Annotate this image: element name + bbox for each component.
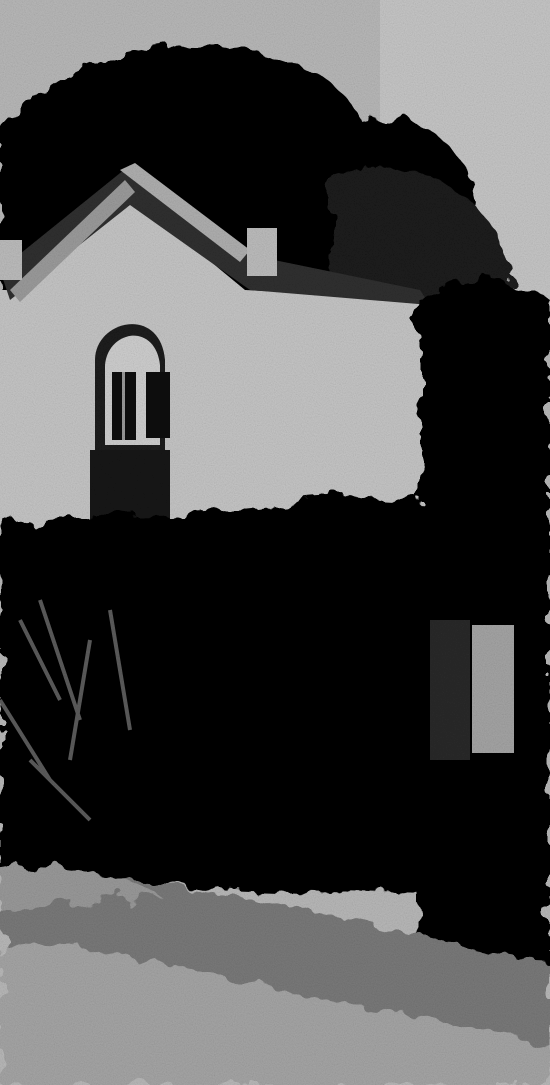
house-photograph <box>0 0 550 1085</box>
arched-window <box>95 324 170 450</box>
gate-pillar <box>472 625 514 753</box>
photo-canvas <box>0 0 550 1085</box>
chimney <box>247 228 277 276</box>
